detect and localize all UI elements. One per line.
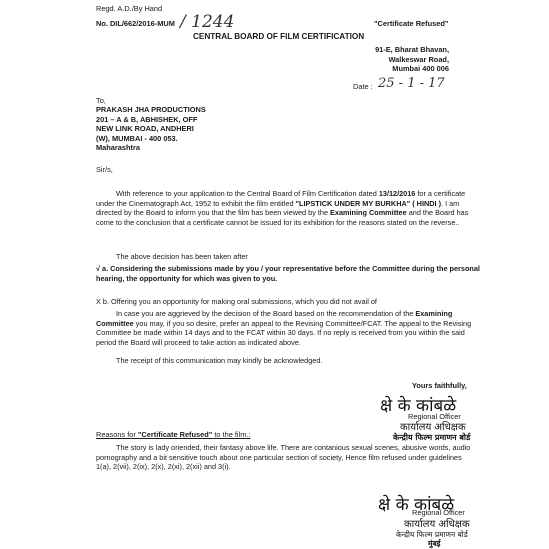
reasons-text: The story is lady oriended, their fantas… (96, 443, 476, 472)
recipient-address: PRAKASH JHA PRODUCTIONS 201 – A & B, ABH… (96, 105, 206, 153)
yours-faithfully: Yours faithfully, (412, 381, 467, 391)
recipient-line: 201 – A & B, ABHISHEK, OFF (96, 115, 206, 125)
committee-name: Examining Committee (330, 208, 407, 217)
date-label: Date : (353, 82, 373, 92)
text: With reference to your application to th… (116, 189, 379, 198)
text: to the film.: (212, 430, 250, 439)
option-b: X b. Offering you an opportunity for mak… (96, 297, 480, 307)
reasons-heading: Reasons for "Certificate Refused" to the… (96, 430, 250, 440)
cross-mark-icon: X (96, 297, 101, 306)
salutation: Sir/s, (96, 165, 113, 175)
paragraph-decision: The above decision has been taken after (96, 252, 480, 262)
text: In case you are aggrieved by the decisio… (116, 309, 415, 318)
status-label: "Certificate Refused" (374, 19, 448, 29)
handwritten-reference: / 1244 (180, 12, 234, 32)
paragraph-appeal: In case you are aggrieved by the decisio… (96, 309, 480, 347)
address-line: Mumbai 400 006 (375, 64, 449, 74)
application-date: 13/12/2016 (379, 189, 416, 198)
city-hindi: मुंबई (428, 539, 440, 549)
delivery-mode: Regd. A.D./By Hand (96, 4, 162, 14)
option-b-text: b. Offering you an opportunity for makin… (103, 297, 377, 306)
text: you may, if you so desire, prefer an app… (96, 319, 471, 347)
signatory-title-hindi: कार्यालय अधिक्षक (404, 516, 470, 530)
recipient-line: Maharashtra (96, 143, 206, 153)
recipient-line: NEW LINK ROAD, ANDHERI (96, 124, 206, 134)
date-value: 25 - 1 - 17 (378, 76, 445, 91)
address-line: 91-E, Bharat Bhavan, (375, 45, 449, 55)
signatory-title-hindi: कार्यालय अधिक्षक (400, 419, 466, 433)
film-title: "LIPSTICK UNDER MY BURKHA" ( HINDI ) (296, 199, 441, 208)
recipient-line: (W), MUMBAI - 400 053. (96, 134, 206, 144)
text: Reasons for (96, 430, 138, 439)
reference-number: No. DIL/662/2016-MUM (96, 19, 175, 29)
org-name: CENTRAL BOARD OF FILM CERTIFICATION (193, 32, 364, 41)
text: "Certificate Refused" (138, 430, 212, 439)
check-mark-icon: √ (96, 264, 100, 273)
recipient-line: PRAKASH JHA PRODUCTIONS (96, 105, 206, 115)
option-a: √ a. Considering the submissions made by… (96, 264, 480, 283)
paragraph-acknowledge: The receipt of this communication may ki… (96, 356, 480, 366)
option-a-text: a. Considering the submissions made by y… (96, 264, 480, 283)
org-address: 91-E, Bharat Bhavan, Walkeswar Road, Mum… (375, 45, 449, 74)
address-line: Walkeswar Road, (375, 55, 449, 65)
paragraph-reference: With reference to your application to th… (96, 189, 480, 227)
org-name-hindi: केन्द्रीय फिल्म प्रमाणन बोर्ड (393, 432, 470, 443)
